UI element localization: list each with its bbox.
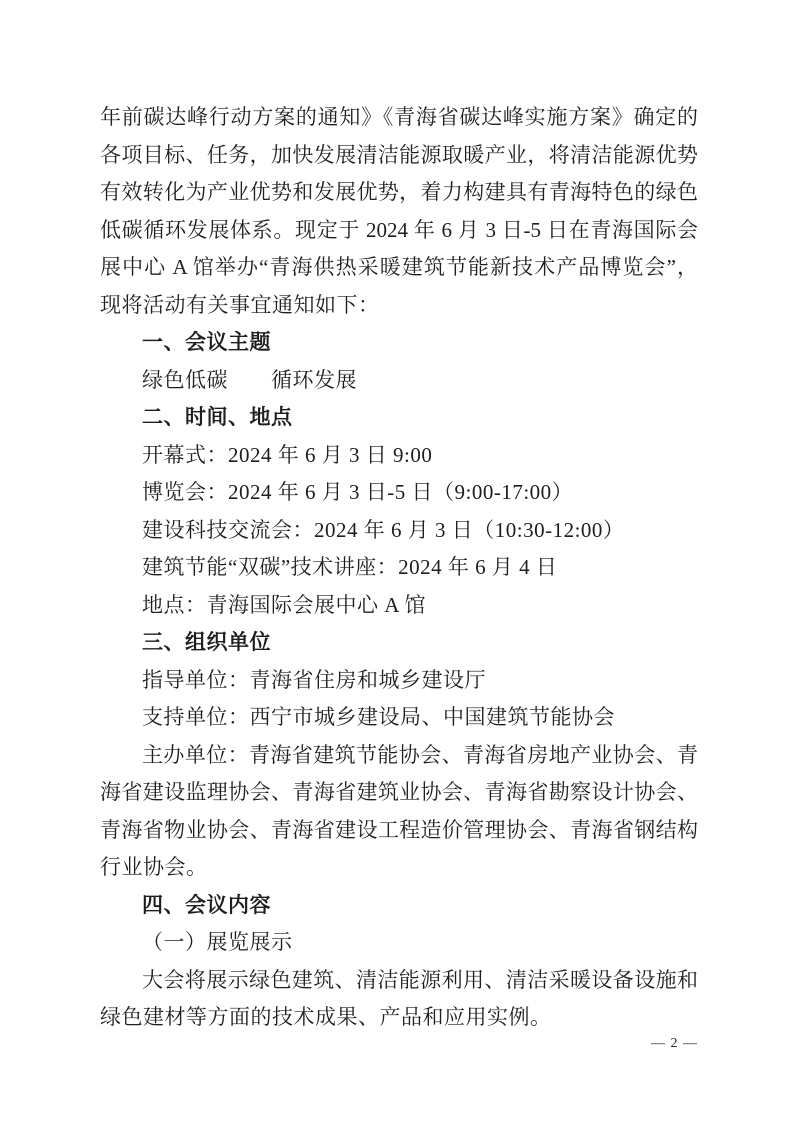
text-line: 建筑节能“双碳”技术讲座：2024 年 6 月 4 日: [100, 549, 698, 587]
text-line: 行业协会。: [100, 849, 698, 887]
page-number: — 2 —: [651, 1034, 698, 1054]
document-body: 年前碳达峰行动方案的通知》《青海省碳达峰实施方案》确定的各项目标、任务，加快发展…: [100, 99, 698, 1037]
text-line: 绿色低碳 循环发展: [100, 362, 698, 400]
section-heading: 三、组织单位: [100, 624, 698, 662]
section-heading: 一、会议主题: [100, 324, 698, 362]
text-line: 各项目标、任务，加快发展清洁能源取暖产业，将清洁能源优势: [100, 137, 698, 175]
text-line: 海省建设监理协会、青海省建筑业协会、青海省勘察设计协会、: [100, 774, 698, 812]
text-line: 青海省物业协会、青海省建设工程造价管理协会、青海省钢结构: [100, 812, 698, 850]
text-line: 展中心 A 馆举办“青海供热采暖建筑节能新技术产品博览会”，: [100, 249, 698, 287]
text-line: 年前碳达峰行动方案的通知》《青海省碳达峰实施方案》确定的: [100, 99, 698, 137]
text-line: 大会将展示绿色建筑、清洁能源利用、清洁采暖设备设施和: [100, 962, 698, 1000]
text-line: 开幕式：2024 年 6 月 3 日 9:00: [100, 437, 698, 475]
section-heading: 二、时间、地点: [100, 399, 698, 437]
text-line: 指导单位：青海省住房和城乡建设厅: [100, 662, 698, 700]
text-line: 博览会：2024 年 6 月 3 日-5 日（9:00-17:00）: [100, 474, 698, 512]
text-line: （一）展览展示: [100, 924, 698, 962]
text-line: 主办单位：青海省建筑节能协会、青海省房地产业协会、青: [100, 737, 698, 775]
section-heading: 四、会议内容: [100, 887, 698, 925]
text-line: 地点：青海国际会展中心 A 馆: [100, 587, 698, 625]
text-line: 低碳循环发展体系。现定于 2024 年 6 月 3 日-5 日在青海国际会: [100, 212, 698, 250]
document-page: 年前碳达峰行动方案的通知》《青海省碳达峰实施方案》确定的各项目标、任务，加快发展…: [0, 0, 794, 1123]
text-line: 建设科技交流会：2024 年 6 月 3 日（10:30-12:00）: [100, 512, 698, 550]
text-line: 支持单位：西宁市城乡建设局、中国建筑节能协会: [100, 699, 698, 737]
text-line: 绿色建材等方面的技术成果、产品和应用实例。: [100, 999, 698, 1037]
text-line: 有效转化为产业优势和发展优势，着力构建具有青海特色的绿色: [100, 174, 698, 212]
text-line: 现将活动有关事宜通知如下：: [100, 287, 698, 325]
